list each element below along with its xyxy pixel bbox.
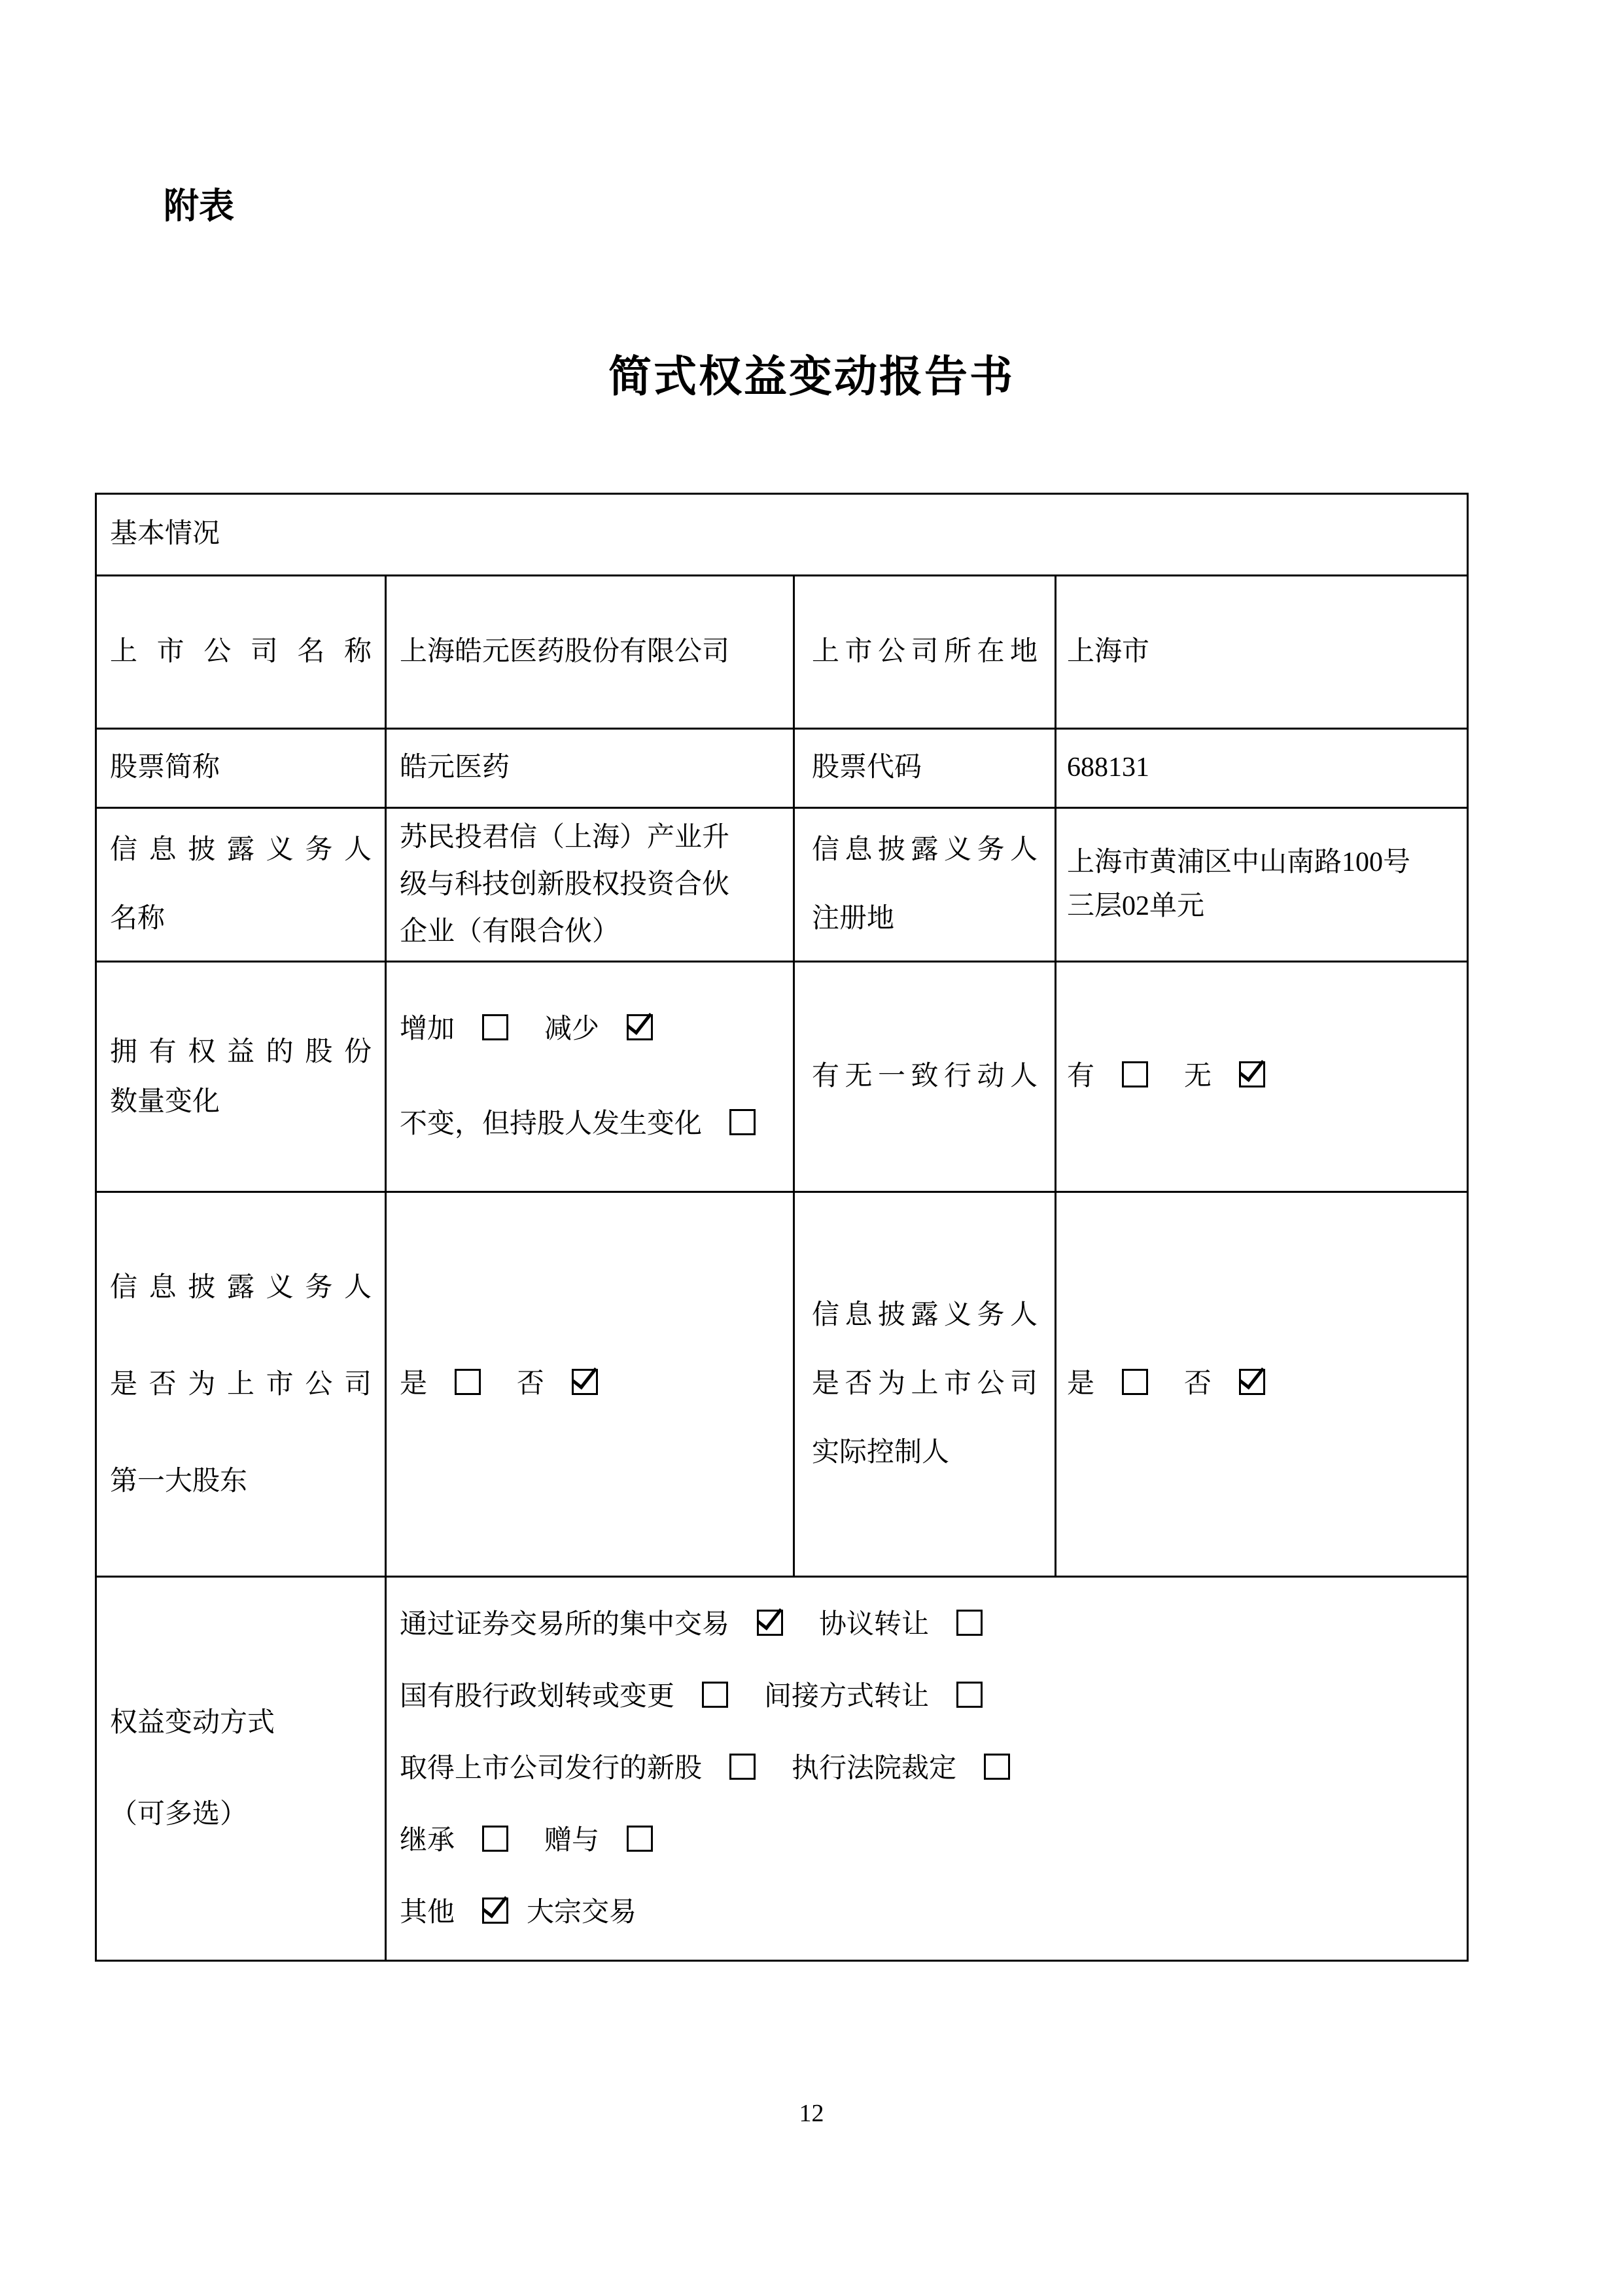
checkbox-agreement-transfer <box>956 1610 983 1636</box>
checkbox-increase <box>482 1014 508 1040</box>
checkbox-no-concert-party <box>1239 1061 1265 1087</box>
checkbox-is-actual-controller <box>1122 1369 1148 1395</box>
page-number: 12 <box>0 2099 1623 2128</box>
option-not-actual-controller: 否 <box>1184 1369 1265 1399</box>
option-not-largest-shareholder: 否 <box>517 1369 598 1399</box>
checkbox-gift <box>627 1826 653 1852</box>
option-state-shares-transfer: 国有股行政划转或变更 <box>400 1682 728 1712</box>
option-agreement-transfer: 协议转让 <box>819 1610 983 1640</box>
checkbox-court-ruling <box>984 1754 1010 1780</box>
label-stock-code: 股票代码 <box>794 729 1056 808</box>
label-concert-party: 有无一致行动人 <box>794 962 1056 1192</box>
value-discloser-registered-address: 上海市黄浦区中山南路100号 三层02单元 <box>1056 808 1468 962</box>
value-listed-company-location: 上海市 <box>1056 576 1468 729</box>
checkbox-other <box>482 1898 508 1924</box>
cell-equity-change-options: 增加减少 不变，但持股人发生变化 <box>386 962 794 1192</box>
option-other-detail: 大宗交易 <box>527 1898 637 1928</box>
option-other: 其他 <box>400 1898 508 1928</box>
cell-section-title: 基本情况 <box>96 494 1468 576</box>
checkbox-state-shares-transfer <box>702 1682 728 1708</box>
value-stock-short-name: 皓元医药 <box>386 729 794 808</box>
checkbox-centralized-trading <box>757 1610 783 1636</box>
checkbox-not-actual-controller <box>1239 1369 1265 1395</box>
checkbox-decrease <box>627 1014 653 1040</box>
value-listed-company-name: 上海皓元医药股份有限公司 <box>386 576 794 729</box>
label-largest-shareholder: 信息披露义务人 是否为上市公司 第一大股东 <box>96 1192 386 1577</box>
annex-label: 附表 <box>164 178 234 228</box>
section-title: 基本情况 <box>110 519 220 549</box>
option-no-concert-party: 无 <box>1184 1061 1265 1091</box>
option-increase: 增加 <box>400 1014 508 1044</box>
option-unchanged: 不变，但持股人发生变化 <box>400 1109 756 1139</box>
checkbox-not-largest-shareholder <box>572 1369 598 1395</box>
checkbox-is-largest-shareholder <box>455 1369 481 1395</box>
option-is-actual-controller: 是 <box>1067 1369 1148 1399</box>
basic-info-table: 基本情况 上市公司名称 上海皓元医药股份有限公司 上市公司所在地 上海市 股票简… <box>95 493 1469 1962</box>
option-indirect-transfer: 间接方式转让 <box>764 1682 983 1712</box>
label-actual-controller: 信息披露义务人 是否为上市公司 实际控制人 <box>794 1192 1056 1577</box>
document-page: 附表 简式权益变动报告书 基本情况 上市公司名称 上海皓元医药股份有限公司 上市… <box>0 0 1623 2296</box>
checkbox-has-concert-party <box>1122 1061 1148 1087</box>
cell-largest-shareholder-options: 是否 <box>386 1192 794 1577</box>
option-new-shares: 取得上市公司发行的新股 <box>400 1754 756 1784</box>
label-equity-quantity-change: 拥有权益的股份 数量变化 <box>96 962 386 1192</box>
option-has-concert-party: 有 <box>1067 1061 1148 1091</box>
option-court-ruling: 执行法院裁定 <box>792 1754 1010 1784</box>
label-stock-short-name: 股票简称 <box>96 729 386 808</box>
checkbox-inheritance <box>482 1826 508 1852</box>
option-gift: 赠与 <box>544 1826 653 1856</box>
option-centralized-trading: 通过证券交易所的集中交易 <box>400 1610 783 1640</box>
label-listed-company-location: 上市公司所在地 <box>794 576 1056 729</box>
option-decrease: 减少 <box>544 1014 653 1044</box>
value-discloser-name: 苏民投君信（上海）产业升 级与科技创新股权投资合伙 企业（有限合伙） <box>386 808 794 962</box>
checkbox-new-shares <box>729 1754 756 1780</box>
option-is-largest-shareholder: 是 <box>400 1369 481 1399</box>
cell-concert-party-options: 有无 <box>1056 962 1468 1192</box>
value-stock-code: 688131 <box>1056 729 1468 808</box>
label-discloser-registered-address: 信息披露义务人 注册地 <box>794 808 1056 962</box>
checkbox-unchanged <box>729 1109 756 1135</box>
cell-actual-controller-options: 是否 <box>1056 1192 1468 1577</box>
cell-change-method-options: 通过证券交易所的集中交易协议转让 国有股行政划转或变更间接方式转让 取得上市公司… <box>386 1577 1468 1961</box>
label-discloser-name: 信息披露义务人 名称 <box>96 808 386 962</box>
option-inheritance: 继承 <box>400 1826 508 1856</box>
label-listed-company-name: 上市公司名称 <box>96 576 386 729</box>
label-change-method: 权益变动方式 （可多选） <box>96 1577 386 1961</box>
document-title: 简式权益变动报告书 <box>0 342 1623 404</box>
checkbox-indirect-transfer <box>956 1682 983 1708</box>
